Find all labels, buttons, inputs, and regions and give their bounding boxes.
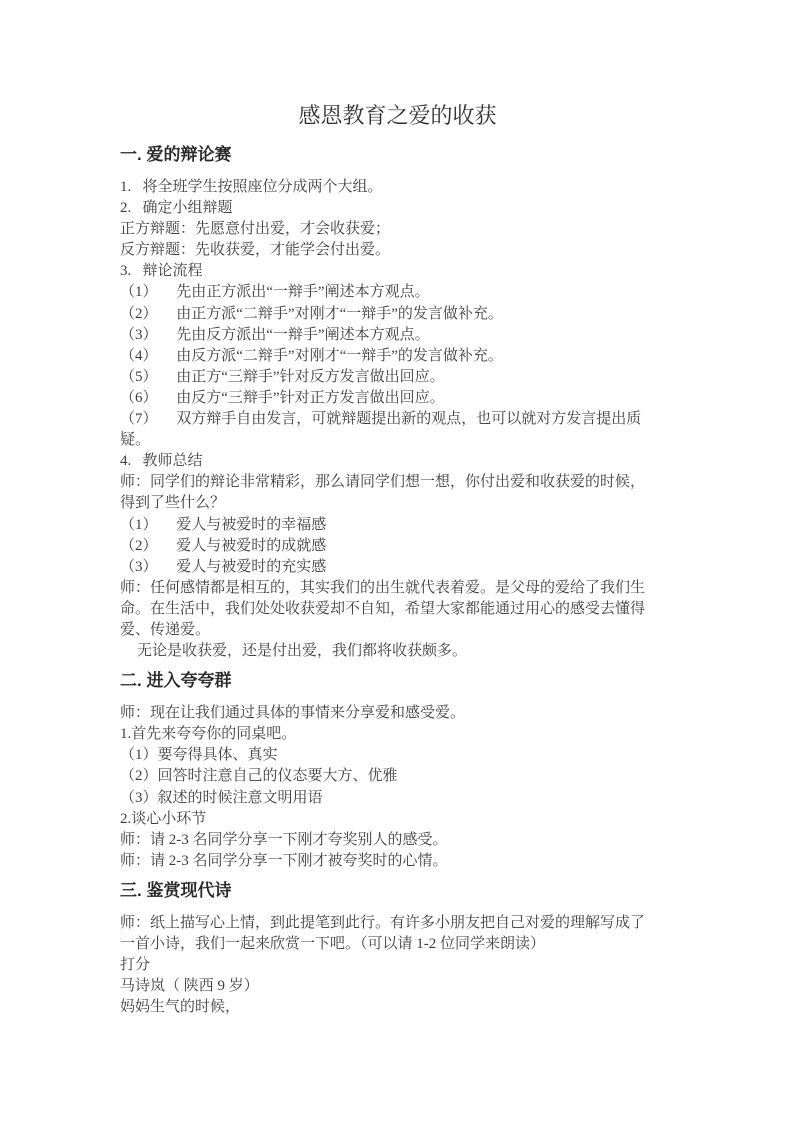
section-heading: 二. 进入夸夸群 [120, 668, 675, 694]
text-line: 爱、传递爱。 [120, 620, 675, 641]
text-line: （2） 爱人与被爱时的成就感 [120, 536, 675, 557]
document-title: 感恩教育之爱的收获 [120, 100, 675, 132]
text-line: 得到了些什么？ [120, 493, 675, 514]
text-line: 1. 将全班学生按照座位分成两个大组。 [120, 177, 675, 198]
text-line: 反方辩题：先收获爱，才能学会付出爱。 [120, 240, 675, 261]
text-line: 师：任何感情都是相互的，其实我们的出生就代表着爱。是父母的爱给了我们生 [120, 578, 675, 599]
text-line: 师：请 2-3 名同学分享一下刚才夸奖别人的感受。 [120, 830, 675, 851]
text-line: 命。在生活中，我们处处收获爱却不自知，希望大家都能通过用心的感受去懂得 [120, 599, 675, 620]
text-line: （3） 爱人与被爱时的充实感 [120, 557, 675, 578]
document-body: 一. 爱的辩论赛1. 将全班学生按照座位分成两个大组。2. 确定小组辩题正方辩题… [120, 142, 675, 1018]
text-line: 一首小诗，我们一起来欣赏一下吧。（可以请 1-2 位同学来朗读） [120, 934, 675, 955]
text-line: 师：请 2-3 名同学分享一下刚才被夸奖时的心情。 [120, 851, 675, 872]
text-line: 2.谈心小环节 [120, 809, 675, 830]
text-line: （3）叙述的时候注意文明用语 [120, 788, 675, 809]
text-line: 师：现在让我们通过具体的事情来分享爱和感受爱。 [120, 703, 675, 724]
text-line: 4. 教师总结 [120, 451, 675, 472]
text-line: 3. 辩论流程 [120, 261, 675, 282]
text-line: 疑。 [120, 430, 675, 451]
text-line: 师：纸上描写心上情，到此提笔到此行。有许多小朋友把自己对爱的理解写成了 [120, 913, 675, 934]
text-line: （4） 由反方派“二辩手”对刚才“一辩手”的发言做补充。 [120, 346, 675, 367]
section-heading: 一. 爱的辩论赛 [120, 142, 675, 168]
text-line: （2）回答时注意自己的仪态要大方、优雅 [120, 766, 675, 787]
text-line: （2） 由正方派“二辩手”对刚才“一辩手”的发言做补充。 [120, 304, 675, 325]
text-line: 2. 确定小组辩题 [120, 198, 675, 219]
text-line: （1） 先由正方派出“一辩手”阐述本方观点。 [120, 282, 675, 303]
text-line: （5） 由正方“三辩手”针对反方发言做出回应。 [120, 367, 675, 388]
text-line: 正方辩题：先愿意付出爱，才会收获爱； [120, 219, 675, 240]
text-line: 1.首先来夸夸你的同桌吧。 [120, 724, 675, 745]
text-line: 妈妈生气的时候， [120, 997, 675, 1018]
text-line: （1）要夸得具体、真实 [120, 745, 675, 766]
text-line: （6） 由反方“三辩手”针对正方发言做出回应。 [120, 388, 675, 409]
document-page: 感恩教育之爱的收获 一. 爱的辩论赛1. 将全班学生按照座位分成两个大组。2. … [0, 0, 793, 1122]
text-line: （7） 双方辩手自由发言，可就辩题提出新的观点，也可以就对方发言提出质 [120, 409, 675, 430]
text-line: （1） 爱人与被爱时的幸福感 [120, 515, 675, 536]
text-line: 马诗岚（ 陕西 9 岁） [120, 976, 675, 997]
text-line: 打分 [120, 955, 675, 976]
text-line: 师：同学们的辩论非常精彩，那么请同学们想一想，你付出爱和收获爱的时候， [120, 472, 675, 493]
text-line: （3） 先由反方派出“一辩手”阐述本方观点。 [120, 325, 675, 346]
text-line: 无论是收获爱，还是付出爱，我们都将收获颇多。 [120, 641, 675, 662]
section-heading: 三. 鉴赏现代诗 [120, 878, 675, 904]
